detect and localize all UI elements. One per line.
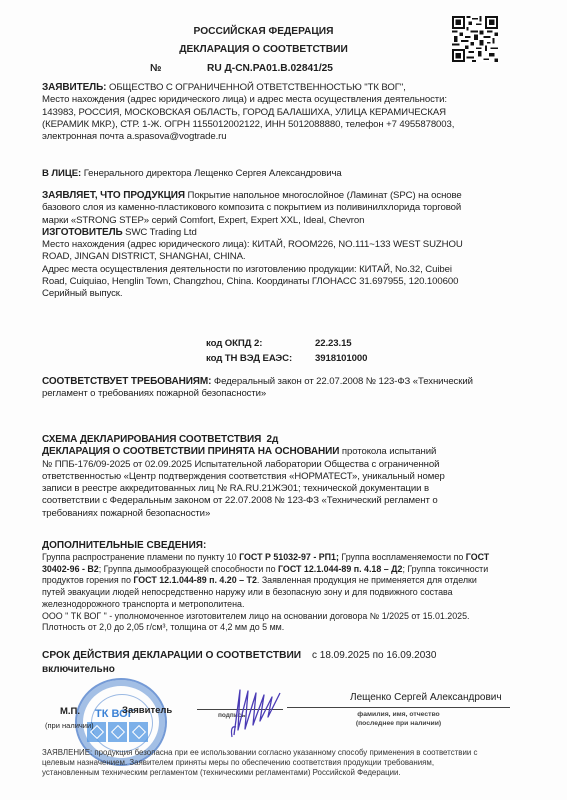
requirements-first-line: Федеральный закон от 22.07.2008 № 123-ФЗ… — [211, 376, 473, 387]
qr-code-icon — [452, 10, 498, 68]
additional-text: Группа воспламеняемости по — [339, 552, 466, 562]
additional-text: продуктов горения по — [42, 575, 133, 585]
requirements-line: регламент о требованиях пожарной безопас… — [42, 388, 542, 400]
basis-line: ответственностью «Центр подтверждения со… — [42, 471, 542, 483]
represented-by-label: В ЛИЦЕ: — [42, 168, 81, 179]
product-line: базового слоя из каменно-пластикового ко… — [42, 202, 542, 214]
number-label: № — [150, 63, 161, 74]
applicant-sign-label: Заявитель — [122, 705, 172, 716]
applicant-line: 143983, РОССИЯ, МОСКОВСКАЯ ОБЛАСТЬ, ГОРО… — [42, 107, 542, 119]
basis-line: требованиях пожарной безопасности» — [42, 508, 542, 520]
additional-text: ; Группа токсичности — [402, 564, 488, 574]
represented-by-section: В ЛИЦЕ: Генерального директора Лещенко С… — [42, 168, 542, 180]
manufacturer-line: Адрес места осуществления деятельности п… — [42, 264, 542, 276]
applicant-line: Место нахождения (адрес юридического лиц… — [42, 94, 542, 106]
basis-line: записи в реестре аккредитованных лиц № R… — [42, 483, 542, 495]
statement-line: ЗАЯВЛЕНИЕ: продукция безопасна при ее ис… — [42, 748, 552, 758]
name-caption-1: фамилия, имя, отчество — [287, 711, 510, 718]
additional-line: ООО " ТК ВОГ " - уполномоченное изготови… — [42, 611, 547, 623]
additional-line: путей эвакуации людей непосредственно на… — [42, 587, 547, 599]
validity-range: с 18.09.2025 по 16.09.2030 — [312, 650, 436, 661]
additional-line: железнодорожного транспорта и метрополит… — [42, 599, 547, 611]
signer-name: Лещенко Сергей Александрович — [350, 692, 502, 703]
manufacturer-line: Серийный выпуск. — [42, 288, 542, 300]
okpd-code-value: 22.23.15 — [315, 338, 352, 350]
gost-reference: ГОСТ Р 51032-97 - РП1; — [239, 552, 339, 562]
requirements-label: СООТВЕТСТВУЕТ ТРЕБОВАНИЯМ: — [42, 376, 211, 387]
scheme-section: СХЕМА ДЕКЛАРИРОВАНИЯ СООТВЕТСТВИЯ 2д ДЕК… — [42, 434, 542, 520]
basis-line: № ППБ-176/09-2025 от 02.09.2025 Испытате… — [42, 459, 542, 471]
additional-text: ; Группа дымообразующей способности по — [99, 564, 278, 574]
statement-line: целевым назначением. Заявителем приняты … — [42, 758, 552, 768]
stamp-diamond-logo-icon — [87, 722, 148, 742]
additional-text: . Заявленная продукция не применяется дл… — [257, 575, 477, 585]
name-line — [287, 707, 510, 708]
manufacturer-line: Место нахождения (адрес юридического лиц… — [42, 239, 542, 251]
applicant-line: (КЕРАМИК МКР.), СТР. 1-Ж. ОГРН 115501200… — [42, 119, 542, 131]
scheme-label: СХЕМА ДЕКЛАРИРОВАНИЯ СООТВЕТСТВИЯ — [42, 434, 261, 445]
applicant-name: ОБЩЕСТВО С ОГРАНИЧЕННОЙ ОТВЕТСТВЕННОСТЬЮ… — [106, 82, 405, 93]
scheme-value: 2д — [267, 434, 279, 445]
statement-line: установленным техническим регламентом (т… — [42, 768, 552, 778]
mp-note: (при наличии) — [45, 721, 94, 730]
product-section: ЗАЯВЛЯЕТ, ЧТО ПРОДУКЦИЯ Покрытие напольн… — [42, 190, 542, 301]
applicant-label: ЗАЯВИТЕЛЬ: — [42, 82, 106, 93]
okpd-code-label: код ОКПД 2: — [206, 338, 262, 350]
validity-suffix: включительно — [42, 664, 115, 675]
applicant-section: ЗАЯВИТЕЛЬ: ОБЩЕСТВО С ОГРАНИЧЕННОЙ ОТВЕТ… — [42, 82, 542, 143]
gost-reference: 30402-96 - В2 — [42, 564, 99, 574]
gost-reference: ГОСТ 12.1.044-89 п. 4.20 – Т2 — [133, 575, 257, 585]
manufacturer-line: ROAD, JINGAN DISTRICT, SHANGHAI, CHINA. — [42, 251, 542, 263]
tnved-code-value: 3918101000 — [315, 353, 367, 365]
product-first-line: Покрытие напольное многослойное (Ламинат… — [185, 190, 462, 201]
product-line: марки «STRONG STEP» серий Comfort, Exper… — [42, 215, 542, 227]
gost-reference: ГОСТ — [466, 552, 489, 562]
additional-line: Плотность от 2,0 до 2,05 г/см³, толщина … — [42, 622, 547, 634]
statement-section: ЗАЯВЛЕНИЕ: продукция безопасна при ее ис… — [42, 748, 552, 778]
additional-text: Группа распространение пламени по пункту… — [42, 552, 239, 562]
handwritten-signature-icon — [228, 685, 288, 740]
applicant-email-line: электронная почта a.spasova@vogtrade.ru — [42, 131, 542, 143]
manufacturer-label: ИЗГОТОВИТЕЛЬ — [42, 227, 123, 238]
validity-label: СРОК ДЕЙСТВИЯ ДЕКЛАРАЦИИ О СООТВЕТСТВИИ — [42, 650, 301, 661]
basis-label: ДЕКЛАРАЦИЯ О СООТВЕТСТВИИ ПРИНЯТА НА ОСН… — [42, 446, 339, 457]
manufacturer-line: Road, Cuiquiao, Henglin Town, Changzhou,… — [42, 276, 542, 288]
product-label: ЗАЯВЛЯЕТ, ЧТО ПРОДУКЦИЯ — [42, 190, 185, 201]
declaration-page: РОССИЙСКАЯ ФЕДЕРАЦИЯ ДЕКЛАРАЦИЯ О СООТВЕ… — [0, 0, 567, 800]
gost-reference: ГОСТ 12.1.044-89 п. 4.18 – Д2 — [278, 564, 402, 574]
declaration-number: RU Д-CN.PA01.B.02841/25 — [207, 63, 333, 74]
manufacturer-name: SWC Trading Ltd — [123, 227, 197, 238]
additional-info-section: ДОПОЛНИТЕЛЬНЫЕ СВЕДЕНИЯ: Группа распрост… — [42, 540, 547, 634]
mp-label: М.П. — [60, 706, 80, 717]
basis-first-line: протокола испытаний — [339, 446, 436, 457]
represented-by-value: Генерального директора Лещенко Сергея Ал… — [81, 168, 342, 179]
name-caption-2: (последнее при наличии) — [287, 720, 510, 727]
requirements-section: СООТВЕТСТВУЕТ ТРЕБОВАНИЯМ: Федеральный з… — [42, 376, 542, 401]
tnved-code-label: код ТН ВЭД ЕАЭС: — [206, 353, 292, 365]
additional-info-label: ДОПОЛНИТЕЛЬНЫЕ СВЕДЕНИЯ: — [42, 540, 547, 552]
basis-line: соответствии с Федеральным законом от 22… — [42, 495, 542, 507]
